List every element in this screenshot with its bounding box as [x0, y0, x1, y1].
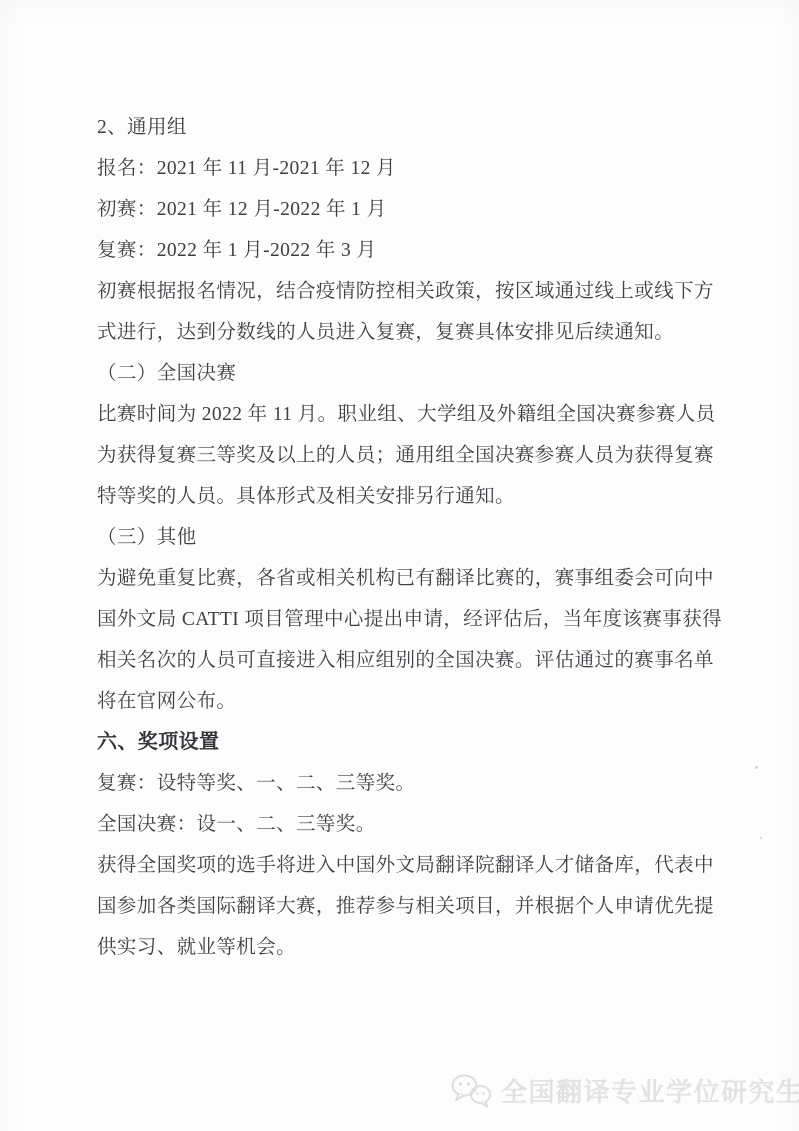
text-line: 复赛：2022 年 1 月-2022 年 3 月 — [97, 227, 697, 268]
text-line: 特等奖的人员。具体形式及相关安排另行通知。 — [97, 473, 697, 514]
text-line: 初赛：2021 年 12 月-2022 年 1 月 — [97, 186, 697, 227]
text-line: 全国决赛：设一、二、三等奖。 — [97, 801, 697, 842]
text-line: （三）其他 — [97, 514, 697, 555]
text-line: 2、通用组 — [97, 104, 697, 145]
text-line: 比赛时间为 2022 年 11 月。职业组、大学组及外籍组全国决赛参赛人员 — [97, 391, 697, 432]
text-line: 式进行，达到分数线的人员进入复赛，复赛具体安排见后续通知。 — [97, 309, 697, 350]
text-line: 将在官网公布。 — [97, 678, 697, 719]
watermark-text: 全国翻译专业学位研究生教指委 — [501, 1072, 799, 1109]
text-line: 获得全国奖项的选手将进入中国外文局翻译院翻译人才储备库，代表中 — [97, 842, 697, 883]
text-line: 为获得复赛三等奖及以上的人员；通用组全国决赛参赛人员为获得复赛 — [97, 432, 697, 473]
text-line: 为避免重复比赛，各省或相关机构已有翻译比赛的，赛事组委会可向中 — [97, 555, 697, 596]
watermark: 全国翻译专业学位研究生教指委 — [450, 1072, 799, 1109]
document-page: 2、通用组报名：2021 年 11 月-2021 年 12 月初赛：2021 年… — [0, 0, 799, 1131]
text-line: 国参加各类国际翻译大赛，推荐参与相关项目，并根据个人申请优先提 — [97, 883, 697, 924]
text-line: 报名：2021 年 11 月-2021 年 12 月 — [97, 145, 697, 186]
text-line: 初赛根据报名情况，结合疫情防控相关政策，按区域通过线上或线下方 — [97, 268, 697, 309]
text-line: （二）全国决赛 — [97, 350, 697, 391]
scan-speck — [760, 837, 762, 839]
text-line: 复赛：设特等奖、一、二、三等奖。 — [97, 760, 697, 801]
scan-speck — [755, 766, 758, 769]
text-line: 相关名次的人员可直接进入相应组别的全国决赛。评估通过的赛事名单 — [97, 637, 697, 678]
document-body: 2、通用组报名：2021 年 11 月-2021 年 12 月初赛：2021 年… — [97, 104, 697, 965]
wechat-icon — [450, 1073, 492, 1109]
text-line: 国外文局 CATTI 项目管理中心提出申请，经评估后，当年度该赛事获得 — [97, 596, 697, 637]
text-line: 供实习、就业等机会。 — [97, 924, 697, 965]
section-heading: 六、奖项设置 — [97, 719, 697, 760]
